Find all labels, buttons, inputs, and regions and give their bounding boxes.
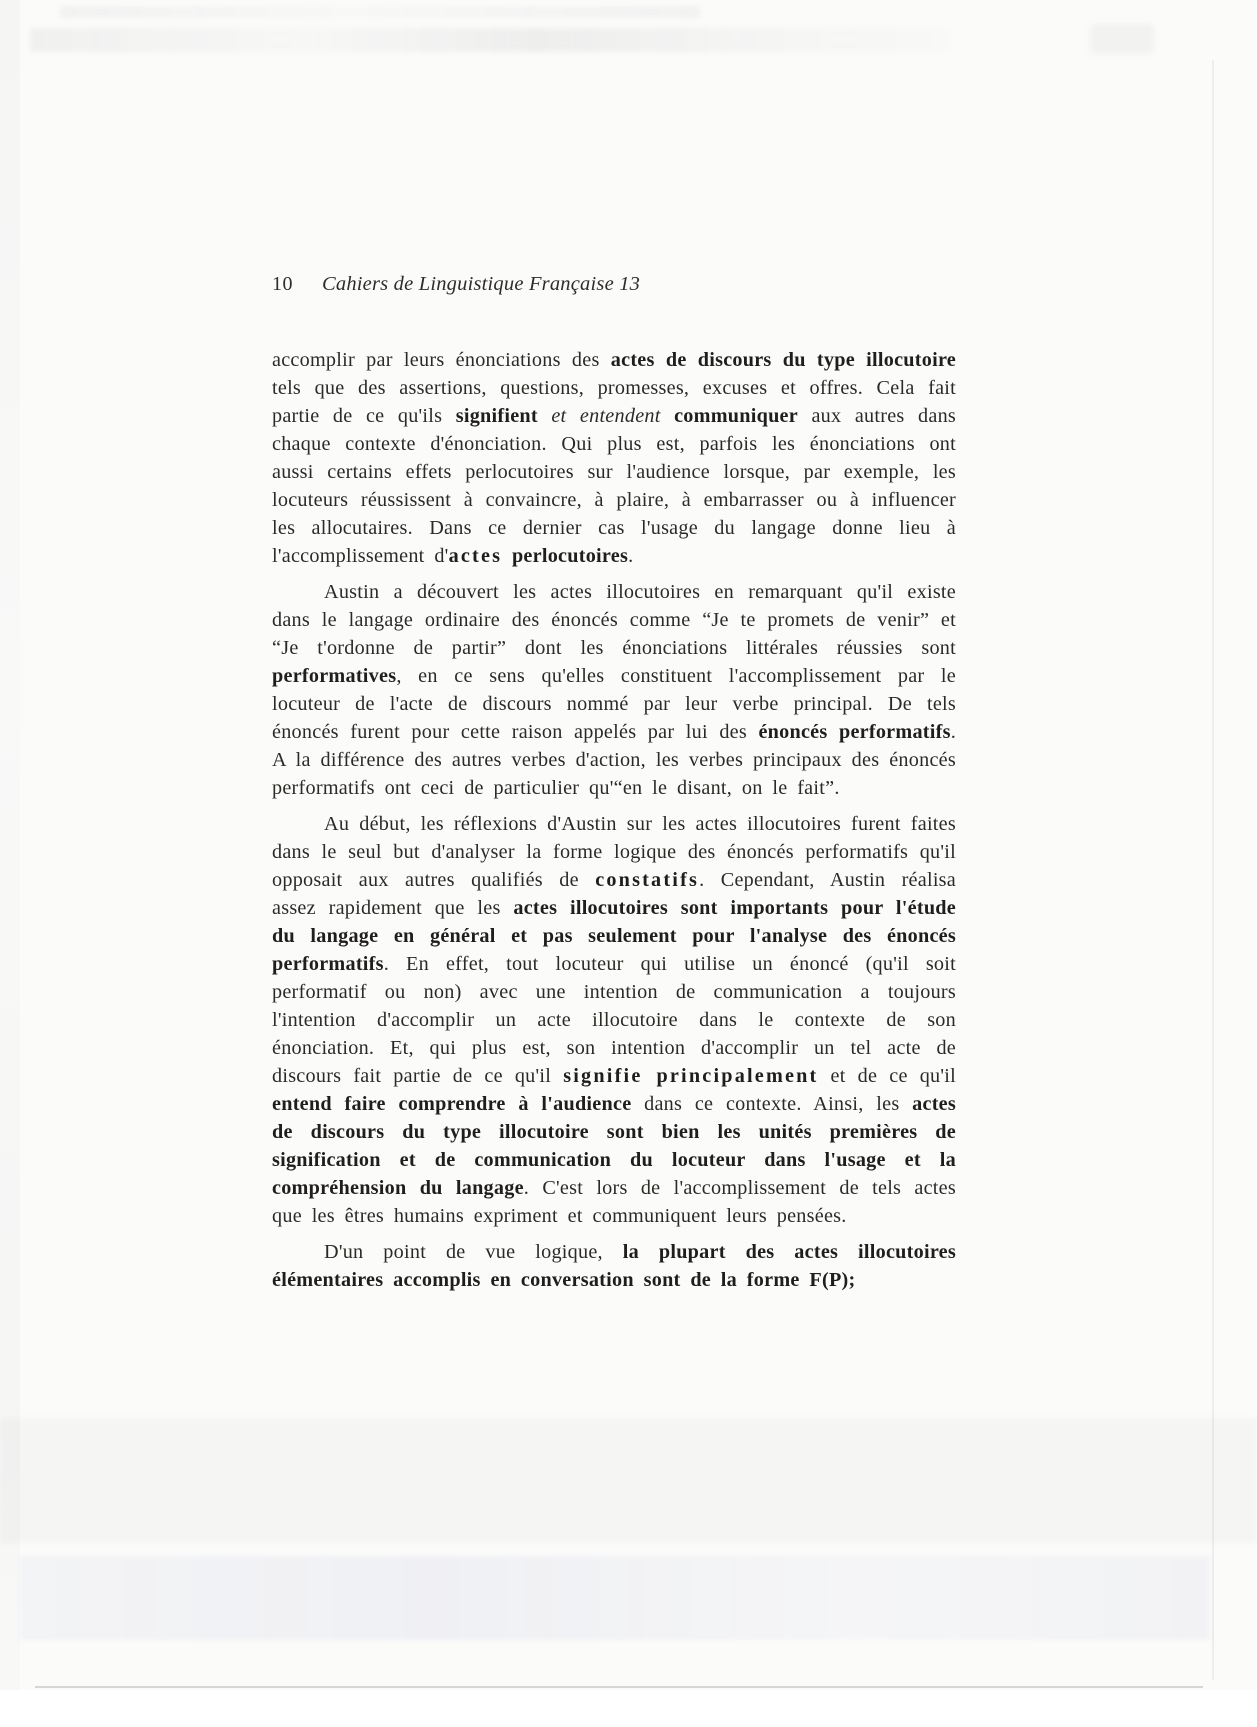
scan-artifact-blue-band <box>20 1556 1210 1640</box>
scan-artifact-left-edge <box>0 0 20 1700</box>
journal-title: Cahiers de Linguistique Française 13 <box>322 273 640 296</box>
page-number: 10 <box>272 273 293 296</box>
text-segment: perlocutoires <box>502 545 628 567</box>
scan-artifact-gray-band <box>0 1418 1257 1543</box>
text-segment: entend faire comprendre à l'audience <box>272 1093 631 1115</box>
paragraph: Austin a découvert les actes illocutoire… <box>272 578 956 802</box>
text-segment: Austin a découvert les actes illocutoire… <box>272 581 956 659</box>
text-segment: et de ce qu'il <box>818 1065 956 1087</box>
scan-artifact-page-edge-line <box>1212 60 1214 1680</box>
text-segment: dans ce contexte. Ainsi, les <box>631 1093 912 1115</box>
text-segment: accomplir par leurs énonciations des <box>272 349 611 371</box>
text-segment: actes de discours du type illocutoire <box>611 349 956 371</box>
running-head: 10 Cahiers de Linguistique Française 13 <box>272 273 640 296</box>
scan-artifact-bottom-edge-line <box>35 1686 1203 1688</box>
text-segment: signifie principalement <box>563 1065 818 1087</box>
text-segment: D'un point de vue logique, <box>324 1241 623 1263</box>
paragraph: accomplir par leurs énonciations des act… <box>272 346 956 570</box>
scan-artifact-top-band <box>30 28 950 52</box>
text-segment: et entendent <box>538 405 661 427</box>
scan-artifact-top-right-smudge <box>1090 24 1154 54</box>
text-segment: performatives <box>272 665 396 687</box>
document-body: accomplir par leurs énonciations des act… <box>272 346 956 1294</box>
text-segment: communiquer <box>661 405 798 427</box>
text-segment: énoncés performatifs <box>758 721 950 743</box>
text-segment: . <box>628 545 633 567</box>
text-segment: constatifs <box>595 869 699 891</box>
text-segment: actes <box>449 545 503 567</box>
paragraph: Au début, les réflexions d'Austin sur le… <box>272 810 956 1230</box>
paragraph: D'un point de vue logique, la plupart de… <box>272 1238 956 1294</box>
scan-artifact-bottom-margin <box>0 1690 1257 1727</box>
text-segment: signifient <box>456 405 538 427</box>
text-segment: aux autres dans chaque contexte d'énonci… <box>272 405 956 567</box>
scan-artifact-top-band-2 <box>60 6 700 18</box>
